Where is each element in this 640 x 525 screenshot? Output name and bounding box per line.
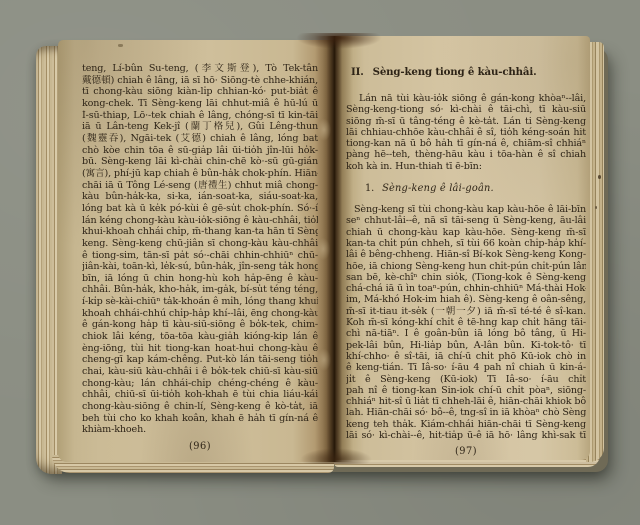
text-line: lóng bat kà ū ke̍k pó-kùi ê gē-su̍t chok… xyxy=(82,203,318,215)
section-heading: II.Sèng-keng tiong ê kàu-chhâi. xyxy=(346,66,586,78)
text-line: ê tiong-sim, tān-sī pa̍t só·-chāi chhin-… xyxy=(82,250,318,262)
text-line: ê keng-tián. Tī Iâ-so· í-āu 4 pah nî chi… xyxy=(346,362,586,373)
text-line: chá-chá iā ū ìn toaⁿ-pún, chhin-chhiūⁿ M… xyxy=(346,283,586,294)
text-line: kàu bûn-ha̍k-ka, si-ka, ián-soat-ka, siá… xyxy=(82,191,318,203)
text-line: pàng hē--teh, thèng-hāu kàu i tōa-hàn ê … xyxy=(346,149,586,160)
right-page-paragraph-1: Lán nā tùi kàu-io̍k siōng ê gán-kong khò… xyxy=(346,93,586,172)
text-line: iā ū Lân-teng Kek-jî (蘭丁格兒), Gûi Lêng-th… xyxy=(82,121,318,133)
text-line: keng teh tha̍k. Kiám-chhái hiān-chāi tī … xyxy=(346,419,586,430)
left-page-text: teng, Lí-bûn Su-teng, (李文斯登), Tò Tek-tân… xyxy=(82,63,318,453)
text-line: lâi ê bêng-chheng. Hiān-sî Bí-kok Sèng-k… xyxy=(346,249,586,260)
text-line: kan-ta chi̍t pún chheh, sī tùi 66 koàn c… xyxy=(346,238,586,249)
page-speck xyxy=(118,44,123,47)
scanned-book-photo: teng, Lí-bûn Su-teng, (李文斯登), Tò Tek-tân… xyxy=(0,0,640,525)
text-line: Lán nā tùi kàu-io̍k siōng ê gán-kong khò… xyxy=(346,93,586,104)
text-line: chiah ū chong-kàu kap kàu-hōe. Sèng-keng… xyxy=(346,227,586,238)
text-line: lāi chhiau-chhōe kàu-chhâi ê sî, tio̍h k… xyxy=(346,127,586,138)
text-line: chò kòe chin tōa ê sū-gia̍p lâi ūi-tio̍h… xyxy=(82,145,318,157)
text-line: bū. Sèng-keng lāi kì-chài chin-chē kò·-s… xyxy=(82,156,318,168)
text-line: chong-kàu; lán chhái-chi̍p chéng-chéng ê… xyxy=(82,378,318,390)
text-line: koh kà in. Hun-thiah tī ē-bīn: xyxy=(346,161,586,172)
text-line: cheng-gī kap kám-chêng. Put-kò lán tāi-s… xyxy=(82,354,318,366)
text-line: teng, Lí-bûn Su-teng, (李文斯登), Tò Tek-tân xyxy=(82,63,318,75)
gutter-top-shadow xyxy=(296,33,382,49)
subsection-heading: 1.Sèng-keng ê lâi-goân. xyxy=(346,183,586,195)
text-line: chong-kàu-siōng ê chin-lí, Sèng-keng ê k… xyxy=(82,401,318,413)
text-line: chì nā-tiāⁿ. I ê goân-bûn iā lóng bô tân… xyxy=(346,328,586,339)
text-line: ji̍t ê Sèng-keng (Kū-iok) Tī Iâ-so· í-āu… xyxy=(346,374,586,385)
text-line: tiong-kan nā ū bô ha̍h tī gín-ná ê, chiā… xyxy=(346,138,586,149)
text-line: jiân-kài, toān-kì, le̍k-sú, bûn-ha̍k, jî… xyxy=(82,261,318,273)
text-line: beh tùi cho ko khah koân, khah ē ha̍h tī… xyxy=(82,413,318,425)
text-line: seⁿ chhut-lâi--ê, nā sī tāi-seng ū Sèng-… xyxy=(346,215,586,226)
text-line: èng-iōng, tùi hit tiong-kan hoat-hui cho… xyxy=(82,343,318,355)
text-line: (寓言), phí-jū kap chiah ê bûn-ha̍k chok-p… xyxy=(82,168,318,180)
text-line: (魏靈吞), Ngāi-tek (艾德) chiah ê lâng, lóng … xyxy=(82,133,318,145)
text-line: chai, kàu-siū kàu-chhâi i ê bo̍k-tek chi… xyxy=(82,366,318,378)
text-line: khí-chho· ê sî-tāi, iā chí-ū chi̍t phō K… xyxy=(346,351,586,362)
text-line: lāi só· kì-chài--ê, hit-tia̍p ū-ê iā hō·… xyxy=(346,430,586,441)
text-line: Sèng-keng-tiong só· kì-chài ê tāi-chì, t… xyxy=(346,104,586,115)
text-line: Koh m̄-sī kóng-khí chi̍t ê tē-hng kap ch… xyxy=(346,317,586,328)
subsection-heading-number: 1. xyxy=(365,183,374,194)
text-line: san bē, kè-chîⁿ chin sio̍k, (Tiong-kok ê… xyxy=(346,272,586,283)
text-line: keng. Sèng-keng chū-jiân sī chong-kàu kà… xyxy=(82,238,318,250)
text-line: m̄-sī it-tiau it-se̍k (一朝一夕) iā m̄-sī té… xyxy=(346,306,586,317)
text-line: siōng m̄-sī ū tâng-téng ê kè-ta̍t. Lán t… xyxy=(346,116,586,127)
section-heading-number: II. xyxy=(351,66,364,78)
text-line: khoah chhái-chhú chi̍p-ha̍p khí--lâi, ēn… xyxy=(82,308,318,320)
page-speck xyxy=(598,175,601,179)
text-line: ê gán-kong ha̍p tī kàu-siū-siōng ê bo̍k-… xyxy=(82,319,318,331)
section-heading-title: Sèng-keng tiong ê kàu-chhâi. xyxy=(373,66,537,78)
text-line: lah. Hiān-chāi só· bô--ê, tng-sî in iā k… xyxy=(346,407,586,418)
left-page-number: (96) xyxy=(82,441,318,453)
text-line: Sèng-keng sī tùi chong-kàu kap kàu-hōe ê… xyxy=(346,204,586,215)
right-page-number: (97) xyxy=(346,446,586,457)
right-page-text: II.Sèng-keng tiong ê kàu-chhâi. Lán nā t… xyxy=(346,66,586,458)
text-line: pah nî ê tiong-kan Sin-iok chí-ū chi̍t p… xyxy=(346,385,586,396)
left-page-body: teng, Lí-bûn Su-teng, (李文斯登), Tò Tek-tân… xyxy=(82,63,318,436)
text-line: chāi iā ū Tông Lé-seng (唐禮生) chhut miâ c… xyxy=(82,180,318,192)
text-line: kong-chek. Tī Sèng-keng lāi chhut-miâ ê … xyxy=(82,98,318,110)
text-line: bīn, iā lóng ū chin hong-hù koh ha̍p-ēng… xyxy=(82,273,318,285)
page-speck xyxy=(595,206,597,209)
text-line: chhiáⁿ hit-sî ū lia̍t tī chheh-lāi ê, hi… xyxy=(346,396,586,407)
text-line: chiok lâi kéng, tōa-tōa kàu-gia̍h kióng-… xyxy=(82,331,318,343)
text-line: chhâi, chiū-sī ūi-tio̍h koh-khah ē tùi c… xyxy=(82,389,318,401)
subsection-heading-title: Sèng-keng ê lâi-goân. xyxy=(382,183,494,194)
right-page-paragraph-2: Sèng-keng sī tùi chong-kàu kap kàu-hōe ê… xyxy=(346,204,586,441)
text-line: im, Má-khó Hok-im hiah ê). Sèng-keng ê o… xyxy=(346,294,586,305)
text-line: khiàm-khoeh. xyxy=(82,424,318,436)
text-line: 戴德頓) chiah ê lâng, iā sī hō· Siōng-tè ch… xyxy=(82,75,318,87)
text-line: hōe, iā chiong Sèng-keng hun chi̍t-pún c… xyxy=(346,261,586,272)
text-line: khui-khoah chhái chi̍p, m̄-thang kan-ta … xyxy=(82,226,318,238)
text-line: tī chong-kàu siōng kiàn-li̍p chhian-kó· … xyxy=(82,86,318,98)
text-line: chhâi. Bûn-ha̍k, kho-ha̍k, im-ga̍k, bí-s… xyxy=(82,284,318,296)
text-line: í-ki̍p sè-kài-chiūⁿ ta̍k-khoán ê mi̍h, l… xyxy=(82,296,318,308)
text-line: Í-sū-thiap, Lō·-tek chiah ê lâng, chóng-… xyxy=(82,110,318,122)
text-line: pek-lâi bûn, Hi-lia̍p bûn, A-lân bûn. Ki… xyxy=(346,340,586,351)
text-line: lán kéng chong-kàu kàu-io̍k-siōng ê kàu-… xyxy=(82,215,318,227)
